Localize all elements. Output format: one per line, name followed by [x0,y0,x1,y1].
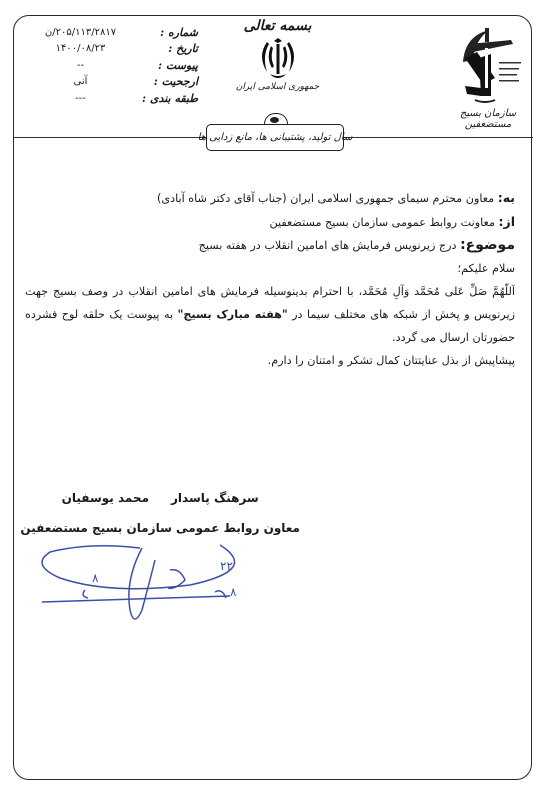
greeting: سلام علیکم؛ [25,257,515,280]
subject: درج زیرنویس فرمایش های امامین انقلاب در … [199,239,457,252]
signature-block: سرهنگ پاسدار محمد یوسفیان معاون روابط عم… [20,483,300,543]
signer-rank: سرهنگ پاسدار [171,483,259,513]
meta-label: ارجحیت : [138,75,198,88]
meta-value: ۲۰۵/۱۱۳/۲۸۱۷/ن [28,27,133,38]
to-label: به: [498,190,515,205]
svg-text:۲۲: ۲۲ [220,559,233,573]
meta-label: تاریخ : [138,42,198,55]
svg-text:۸: ۸ [230,585,237,599]
meta-priority: ارجحیت : آنی [28,74,198,91]
meta-value: -- [28,60,133,71]
from-label: از: [499,214,515,229]
slogan-emblem-icon [270,117,279,123]
meta-label: شماره : [138,26,198,39]
recipient-line: به: معاون محترم سیمای جمهوری اسلامی ایرا… [25,186,515,210]
republic-caption: جمهوری اسلامی ایران [230,82,325,92]
sender: معاونت روابط عمومی سازمان بسیج مستضعفین [269,216,494,229]
meta-number: شماره : ۲۰۵/۱۱۳/۲۸۱۷/ن [28,24,198,41]
meta-value: آنی [28,76,133,87]
organization-name: سازمان بسیج مستضعفین [448,108,528,130]
svg-text:۸: ۸ [92,571,99,585]
meta-value: ۱۴۰۰/۰۸/۲۳ [28,43,133,54]
subject-label: موضوع: [460,237,515,253]
letter-body: به: معاون محترم سیمای جمهوری اسلامی ایرا… [25,186,515,372]
meta-date: تاریخ : ۱۴۰۰/۰۸/۲۳ [28,41,198,58]
letter-meta: شماره : ۲۰۵/۱۱۳/۲۸۱۷/ن تاریخ : ۱۴۰۰/۰۸/۲… [28,24,198,107]
sender-line: از: معاونت روابط عمومی سازمان بسیج مستضع… [25,210,515,234]
signer-title: معاون روابط عمومی سازمان بسیج مستضعفین [20,513,300,543]
main-paragraph: اَللّهُمَّ صَلِّ عَلی مُحَمَّد وَآلِ مُح… [25,280,515,349]
meta-classification: طبقه بندی : --- [28,90,198,107]
subject-line: موضوع: درج زیرنویس فرمایش های امامین انق… [25,234,515,257]
irgc-logo [455,22,530,122]
year-slogan-banner: سال تولید، پشتیبانی ها، مانع زدایی ها [206,124,344,151]
closing-line: پیشاپیش از بذل عنایتتان کمال تشکر و امتن… [25,349,515,372]
center-heading: بسمه تعالی جمهوری اسلامی ایران [230,12,325,92]
signer-name: محمد یوسفیان [62,483,149,513]
meta-value: --- [28,93,133,104]
highlighted-phrase: "هفته مبارک بسیج" [178,308,288,321]
meta-attachment: پیوست : -- [28,57,198,74]
handwritten-signature: ۸ ۲۲ ۸ [30,540,260,630]
bismillah: بسمه تعالی [230,18,325,34]
iran-emblem-icon [255,36,301,82]
meta-label: پیوست : [138,59,198,72]
meta-label: طبقه بندی : [138,92,198,105]
recipient: معاون محترم سیمای جمهوری اسلامی ایران (ج… [157,192,494,205]
irgc-emblem-icon [455,22,530,112]
